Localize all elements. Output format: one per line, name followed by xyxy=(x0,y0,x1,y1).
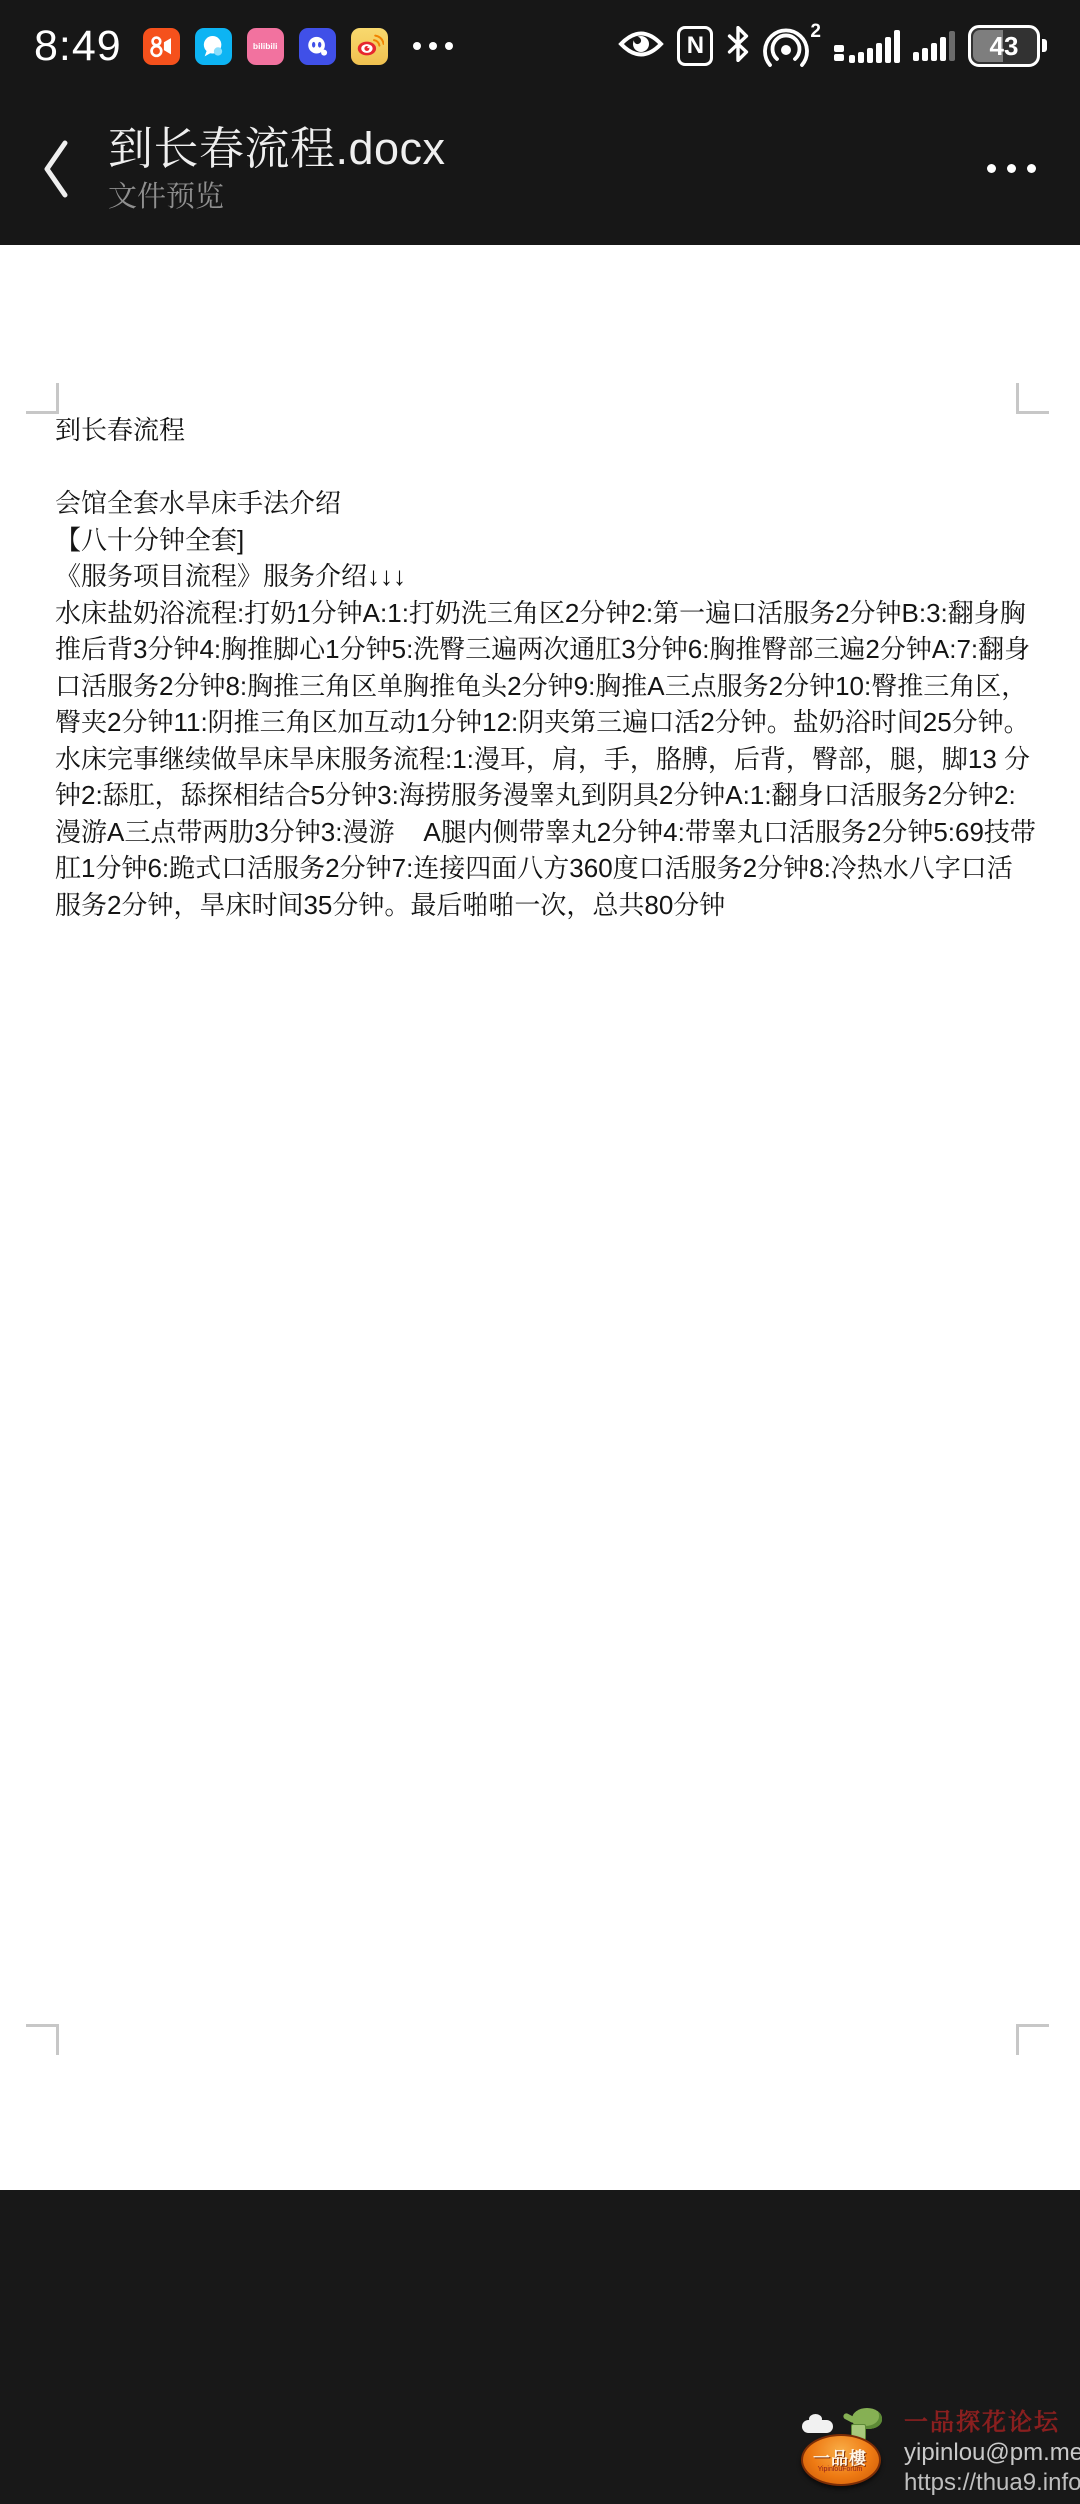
watermark-forum-name: 一品探花论坛 xyxy=(904,2410,1080,2436)
doc-line: 水床盐奶浴流程:打奶1分钟A:1:打奶洗三角区2分钟2:第一遍口活服务2分钟B:… xyxy=(55,595,1030,632)
document-preview[interactable]: 到长春流程 会馆全套水旱床手法介绍 【八十分钟全套] 《服务项目流程》服务介绍↓… xyxy=(0,245,1080,2190)
hotspot-count: 2 xyxy=(810,21,821,43)
doc-line: 臀夹2分钟11:阴推三角区加互动1分钟12:阴夹第三遍口活2分钟。盐奶浴时间25… xyxy=(55,704,1030,741)
more-options-button[interactable] xyxy=(983,144,1040,193)
doc-line: 《服务项目流程》服务介绍↓↓↓ xyxy=(55,558,1030,595)
nfc-icon: N xyxy=(677,26,713,66)
page-corner-mark-top-left xyxy=(26,383,59,414)
app-header: 到长春流程.docx 文件预览 xyxy=(0,92,1080,245)
doc-line: 【八十分钟全套] xyxy=(55,522,1030,559)
dot xyxy=(1027,164,1036,173)
footer-bar: 一品樓 YipinlouForum 一品探花论坛 yipinlou@pm.me … xyxy=(0,2190,1080,2504)
kuaishou-icon xyxy=(143,28,180,65)
doc-line: 会馆全套水旱床手法介绍 xyxy=(55,485,1030,522)
battery-indicator: 43 xyxy=(968,25,1040,67)
signal-secondary-icon xyxy=(913,31,955,61)
doc-line: 口活服务2分钟8:胸推三角区单胸推龟头2分钟9:胸推A三点服务2分钟10:臀推三… xyxy=(55,668,1030,705)
signal-primary-icon xyxy=(834,30,900,63)
logo-subtext: YipinlouForum xyxy=(800,2466,880,2473)
chat-icon xyxy=(299,28,336,65)
doc-line: 推后背3分钟4:胸推脚心1分钟5:洗臀三遍两次通肛3分钟6:胸推臀部三遍2分钟A… xyxy=(55,631,1030,668)
status-bar-right: N 2 xyxy=(618,25,1046,67)
bluetooth-icon xyxy=(726,26,750,67)
chevron-left-icon xyxy=(40,136,70,202)
more-notifications-icon xyxy=(413,42,453,50)
dot xyxy=(1007,164,1016,173)
bilibili-icon: bilibili xyxy=(247,28,284,65)
yipinlou-logo-icon: 一品樓 YipinlouForum xyxy=(800,2408,882,2484)
doc-line: 到长春流程 xyxy=(55,412,1030,449)
status-bar: 8:49 bilibili xyxy=(0,0,1080,92)
page-corner-mark-bottom-left xyxy=(26,2024,59,2055)
page-corner-mark-bottom-right xyxy=(1016,2024,1049,2055)
battery-percent: 43 xyxy=(990,31,1019,62)
watermark-texts: 一品探花论坛 yipinlou@pm.me https://thua9.info xyxy=(904,2408,1080,2496)
doc-line: 钟2:舔肛，舔探相结合5分钟3:海捞服务漫睾丸到阴具2分钟A:1:翻身口活服务2… xyxy=(55,777,1030,814)
bilibili-label: bilibili xyxy=(253,41,278,51)
clock: 8:49 xyxy=(34,22,122,71)
doc-line-blank xyxy=(55,449,1030,486)
watermark-email: yipinlou@pm.me xyxy=(904,2440,1080,2466)
doc-line: 服务2分钟，旱床时间35分钟。最后啪啪一次，总共80分钟 xyxy=(55,887,1030,924)
status-bar-left: 8:49 bilibili xyxy=(34,22,453,71)
file-title: 到长春流程.docx xyxy=(108,121,908,177)
weibo-icon xyxy=(351,28,388,65)
dot xyxy=(987,164,996,173)
messenger-icon xyxy=(195,28,232,65)
back-button[interactable] xyxy=(40,124,100,214)
cloud-icon xyxy=(802,2420,833,2433)
nfc-label: N xyxy=(687,32,704,60)
data-traffic-arrows xyxy=(834,45,844,61)
phone-screen: 8:49 bilibili xyxy=(0,0,1080,2504)
header-texts: 到长春流程.docx 文件预览 xyxy=(108,121,983,217)
doc-line: 水床完事继续做旱床旱床服务流程:1:漫耳，肩，手，胳膊，后背，臀部，腿，脚13 … xyxy=(55,741,1030,778)
forum-watermark: 一品樓 YipinlouForum 一品探花论坛 yipinlou@pm.me … xyxy=(800,2408,1080,2496)
document-text: 到长春流程 会馆全套水旱床手法介绍 【八十分钟全套] 《服务项目流程》服务介绍↓… xyxy=(55,412,1030,923)
eye-protection-icon xyxy=(618,28,664,65)
battery-tip xyxy=(1042,39,1047,52)
hotspot-icon: 2 xyxy=(763,25,821,67)
doc-line: 肛1分钟6:跪式口活服务2分钟7:连接四面八方360度口活服务2分钟8:冷热水八… xyxy=(55,850,1030,887)
doc-line: 漫游A三点带两肋3分钟3:漫游 A腿内侧带睾丸2分钟4:带睾丸口活服务2分钟5:… xyxy=(55,814,1030,851)
page-corner-mark-top-right xyxy=(1016,383,1049,414)
file-preview-label: 文件预览 xyxy=(108,177,983,217)
watermark-url: https://thua9.info xyxy=(904,2470,1080,2496)
